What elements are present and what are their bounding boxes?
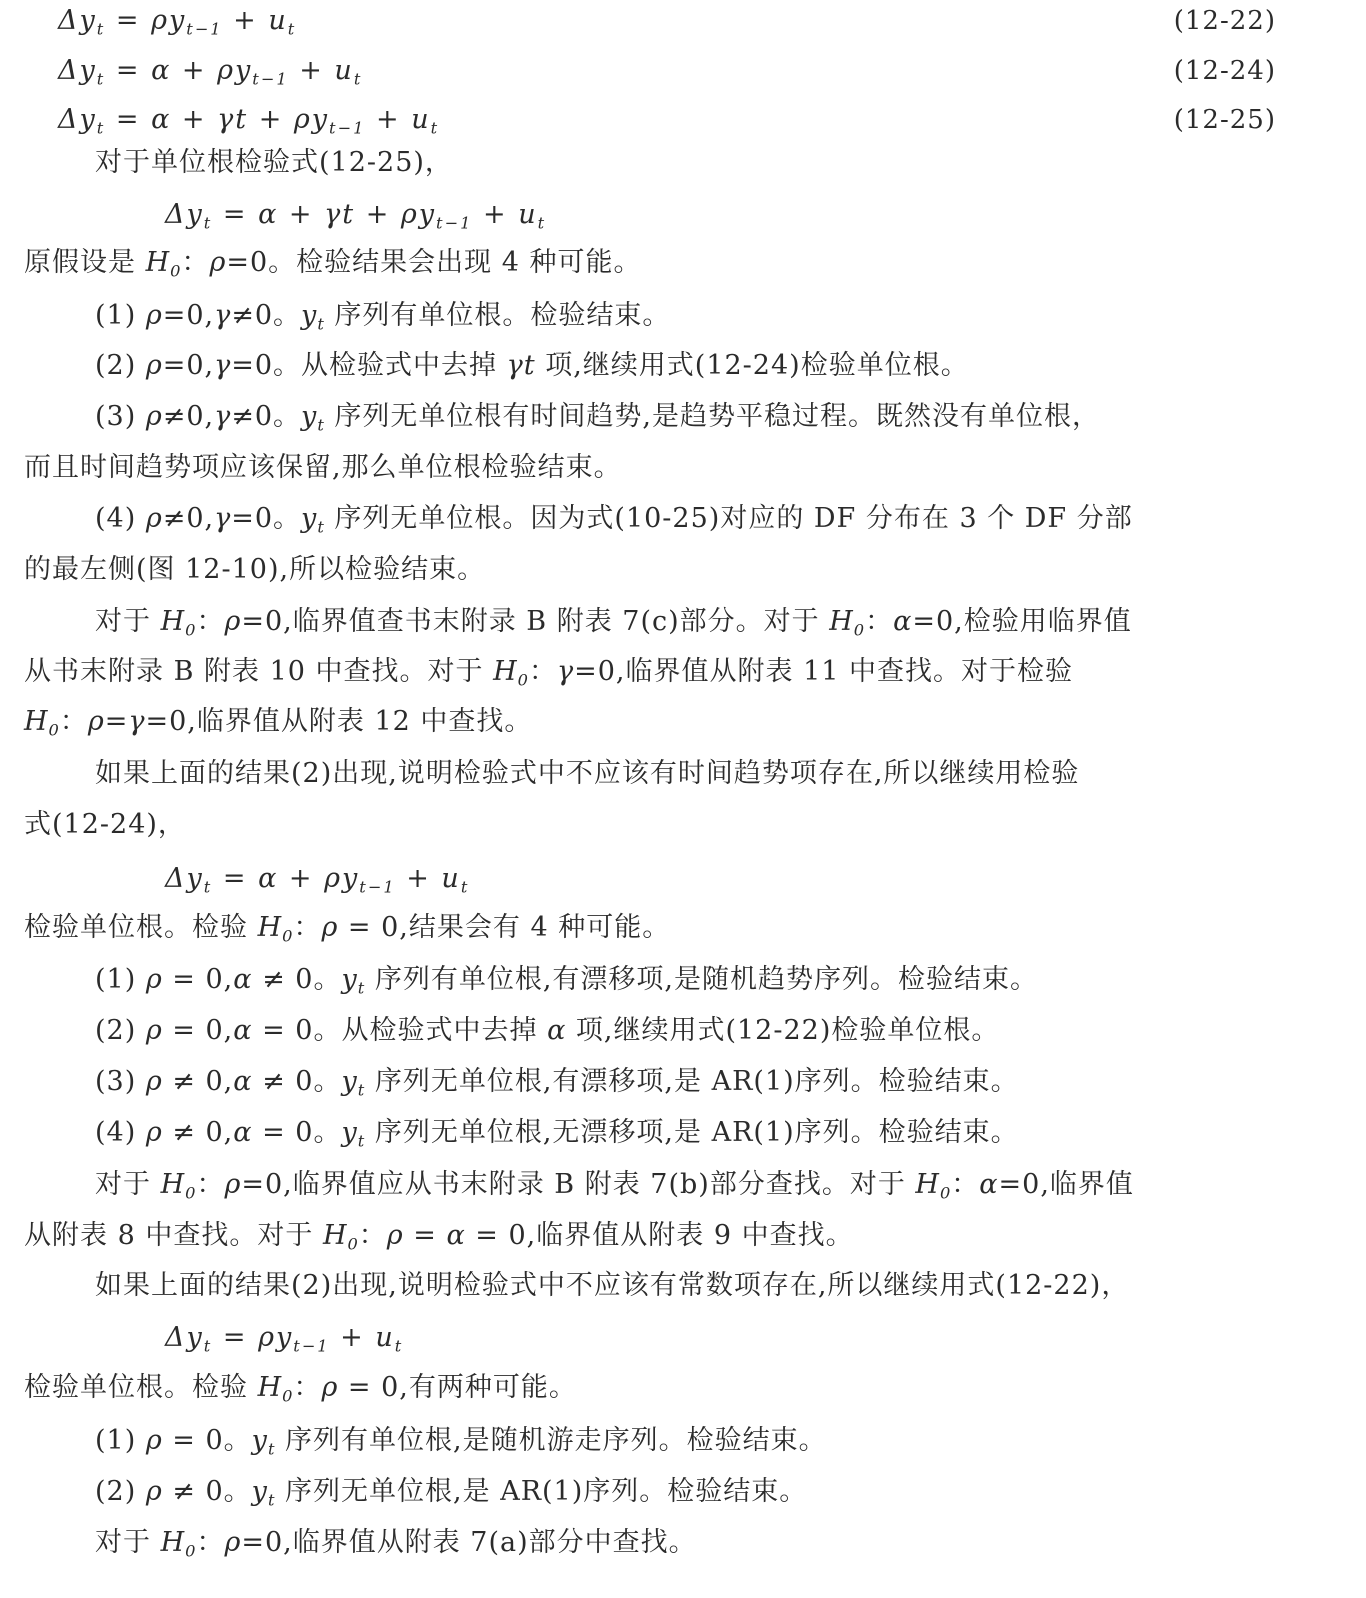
text-line: 检验单位根。检验 H0：ρ = 0,有两种可能。 [0,1363,1366,1413]
text-line: 从附表 8 中查找。对于 H0：ρ = α = 0,临界值从附表 9 中查找。 [0,1211,1366,1261]
equation-formula: Δyt = α + γt + ρyt−1 + ut [58,104,439,135]
inline-equation: Δyt = ρyt−1 + ut [0,1313,1366,1363]
document-page: Δyt = ρyt−1 + ut (12-22) Δyt = α + ρyt−1… [0,0,1366,1598]
inline-equation: Δyt = α + γt + ρyt−1 + ut [0,190,1366,240]
text-line: H0：ρ=γ=0,临界值从附表 12 中查找。 [0,697,1366,747]
text-line: 对于单位根检验式(12-25)， [0,138,1366,188]
text-line: 原假设是 H0：ρ=0。检验结果会出现 4 种可能。 [0,238,1366,288]
equation-12-22: Δyt = ρyt−1 + ut (12-22) [0,0,1366,46]
text-line: 对于 H0：ρ=0,临界值应从书末附录 B 附表 7(b)部分查找。对于 H0：… [0,1160,1366,1210]
text-line: 从书末附录 B 附表 10 中查找。对于 H0：γ=0,临界值从附表 11 中查… [0,647,1366,697]
text-line: (1) ρ = 0,α ≠ 0。yt 序列有单位根,有漂移项,是随机趋势序列。检… [0,955,1366,1005]
equation-number: (12-24) [1174,46,1276,96]
inline-equation: Δyt = α + ρyt−1 + ut [0,854,1366,904]
equation-formula: Δyt = α + ρyt−1 + ut [58,55,362,86]
text-line: 对于 H0：ρ=0,临界值查书末附录 B 附表 7(c)部分。对于 H0：α=0… [0,597,1366,647]
text-line: (3) ρ ≠ 0,α ≠ 0。yt 序列无单位根,有漂移项,是 AR(1)序列… [0,1057,1366,1107]
text-line: 对于 H0：ρ=0,临界值从附表 7(a)部分中查找。 [0,1518,1366,1568]
text-line: (2) ρ = 0,α = 0。从检验式中去掉 α 项,继续用式(12-22)检… [0,1006,1366,1056]
text-line: 如果上面的结果(2)出现,说明检验式中不应该有常数项存在,所以继续用式(12-2… [0,1261,1366,1311]
text-line: 的最左侧(图 12-10),所以检验结束。 [0,545,1366,595]
text-line: (4) ρ≠0,γ=0。yt 序列无单位根。因为式(10-25)对应的 DF 分… [0,494,1366,544]
equation-number: (12-22) [1174,0,1276,46]
text-line: (4) ρ ≠ 0,α = 0。yt 序列无单位根,无漂移项,是 AR(1)序列… [0,1108,1366,1158]
text-line: 检验单位根。检验 H0：ρ = 0,结果会有 4 种可能。 [0,903,1366,953]
equation-formula: Δyt = ρyt−1 + ut [58,5,296,36]
text-line: (3) ρ≠0,γ≠0。yt 序列无单位根有时间趋势,是趋势平稳过程。既然没有单… [0,392,1366,442]
text-line: (2) ρ=0,γ=0。从检验式中去掉 γt 项,继续用式(12-24)检验单位… [0,341,1366,391]
text-line: (1) ρ = 0。yt 序列有单位根,是随机游走序列。检验结束。 [0,1416,1366,1466]
text-line: (1) ρ=0,γ≠0。yt 序列有单位根。检验结束。 [0,291,1366,341]
text-line: 如果上面的结果(2)出现,说明检验式中不应该有时间趋势项存在,所以继续用检验 [0,749,1366,799]
text-line: 式(12-24)， [0,800,1366,850]
text-line: 而且时间趋势项应该保留,那么单位根检验结束。 [0,443,1366,493]
equation-12-24: Δyt = α + ρyt−1 + ut (12-24) [0,46,1366,96]
text-line: (2) ρ ≠ 0。yt 序列无单位根,是 AR(1)序列。检验结束。 [0,1467,1366,1517]
